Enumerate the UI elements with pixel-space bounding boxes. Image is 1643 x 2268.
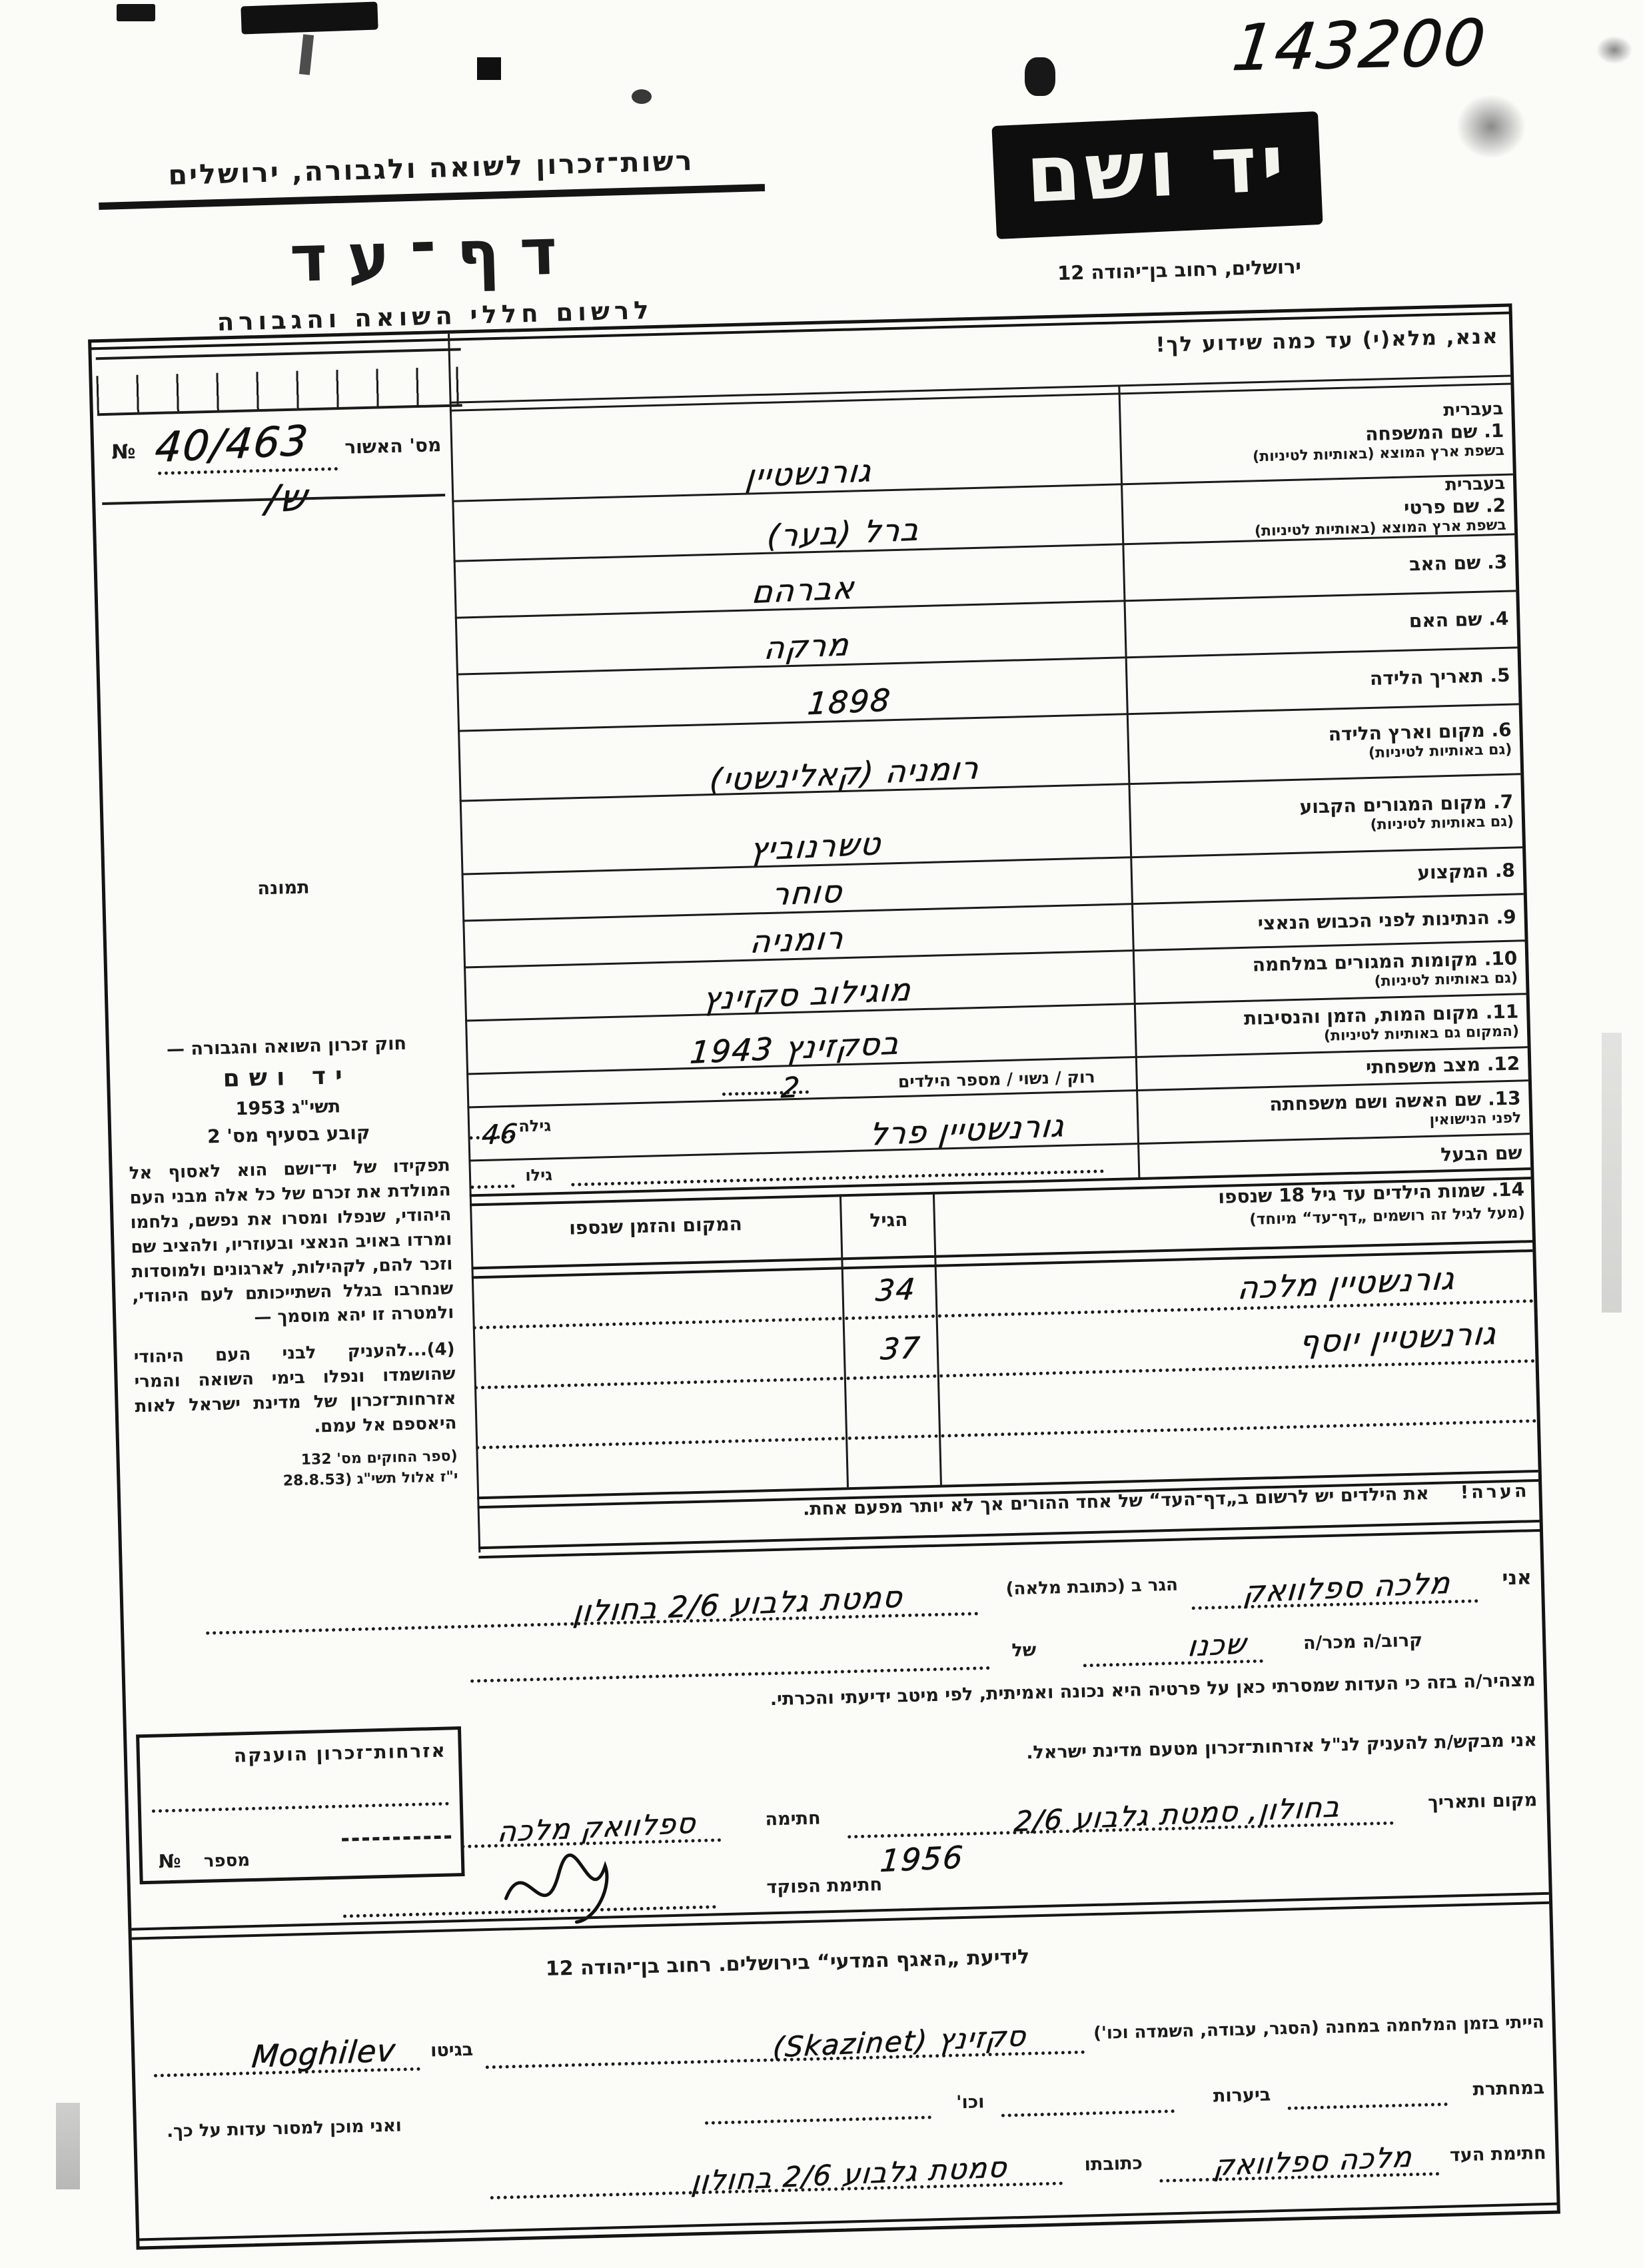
scan-artifact — [299, 34, 314, 75]
forests-line[interactable] — [1001, 2075, 1175, 2117]
field-label: מקום וארץ הלידה — [1328, 720, 1485, 746]
etc-line[interactable] — [704, 2081, 931, 2125]
father-name-value[interactable]: אברהם — [750, 569, 856, 610]
signature-label: חתימה — [765, 1808, 821, 1830]
yad-vashem-logo: יד ושם — [991, 111, 1323, 239]
archive-number-handwritten: 143200 — [1229, 5, 1490, 85]
signature-line[interactable]: ספלוואק מלכה — [460, 1792, 722, 1848]
law-year: תשי"ג 1953 — [127, 1093, 449, 1122]
citizenship-box-title: אזרחות־זכרון הוענקה — [234, 1740, 447, 1767]
underground-line[interactable] — [1287, 2068, 1447, 2110]
scan-artifact — [1596, 36, 1632, 64]
wife-age-label: גילה — [518, 1116, 551, 1135]
relation-line[interactable]: שכנו — [1082, 1621, 1263, 1668]
field-number: 11. — [1485, 1000, 1518, 1023]
serial-value-handwritten: 40/463 — [153, 416, 310, 472]
clerk-signature-scribble — [495, 1849, 630, 1926]
citizenship-number-label: מספר — [204, 1850, 251, 1872]
residing-label: הגר ב (כתובת מלאה) — [1005, 1575, 1178, 1600]
law-title: חוק זכרון השואה והגבורה — — [126, 1032, 448, 1061]
witness-signature-label: חתימת העד — [1450, 2143, 1546, 2166]
relation-label: קרוב/ה מכר/ה — [1303, 1630, 1423, 1654]
field-label: תאריך הלידה — [1370, 665, 1484, 690]
field-label: המקצוע — [1417, 859, 1488, 883]
citizenship-no-sign: № — [158, 1850, 181, 1873]
camp-value: סקזינץ (Skazinet) — [772, 2019, 1028, 2064]
child-name-1[interactable]: גורנשטיין מלכה — [1237, 1260, 1457, 1306]
left-column: מס' האשור № 40/463 ש/ תמונה חוק זכרון הש… — [91, 334, 496, 2247]
statement-2: אני מבקש/ת להעניק לנ"ל אזרחות־זכרון מטעם… — [1026, 1730, 1537, 1763]
age-column-divider-left — [839, 1194, 849, 1487]
camp-line[interactable]: סקזינץ (Skazinet) — [484, 2002, 1085, 2069]
field-number: 9. — [1496, 905, 1516, 928]
child-age-2[interactable]: 37 — [879, 1331, 922, 1367]
ghetto-line[interactable]: Moghilev — [153, 2019, 420, 2077]
law-ref-2: י"ז אלול תשי"ג (28.8.53 — [282, 1468, 458, 1490]
heavy-rule — [478, 1520, 1540, 1558]
note-label: הערה! — [1460, 1480, 1529, 1503]
witness-signature-value: מלכה ספלוואק — [1213, 2140, 1414, 2182]
law-text-block: חוק זכרון השואה והגבורה — יד ושם תשי"ג 1… — [126, 1032, 458, 1496]
declarant-name-value: מלכה ספלוואק — [1242, 1566, 1452, 1610]
first-name-value[interactable]: ברל (בער) — [766, 511, 921, 554]
clerk-signature-label: חתימת הפוקד — [766, 1874, 882, 1898]
relation-value: שכנו — [1186, 1627, 1248, 1662]
scan-artifact — [632, 89, 652, 104]
serial-no-sign: № — [111, 440, 136, 464]
scan-artifact — [56, 2103, 80, 2189]
field-number: 8. — [1494, 859, 1515, 881]
field-number: 2. — [1485, 494, 1506, 517]
law-paragraph-1: תפקידו של יד־ושם הוא לאסוף אל המולדת את … — [129, 1153, 454, 1333]
of-label: של — [1011, 1640, 1037, 1661]
field-number: 4. — [1488, 608, 1509, 630]
wife-age-value[interactable]: 46 — [480, 1118, 520, 1151]
profession-value[interactable]: סוחר — [770, 873, 844, 912]
statement-1: מצהיר/ה בזה כי העדות שמסרתי כאן על פרטיה… — [770, 1670, 1536, 1710]
law-title-logo: יד ושם — [127, 1059, 448, 1095]
underground-label: במחתרת — [1472, 2077, 1544, 2100]
ghetto-value: Moghilev — [250, 2032, 397, 2075]
scan-artifact — [477, 57, 501, 80]
serial-label: מס' האשור — [344, 434, 442, 458]
testimony-form: אנא, מלא(י) עד כמה שידוע לך! מס' האשור №… — [88, 303, 1560, 2249]
children-table-header: 14. שמות הילדים עד גיל 18 שנספו (מעל לגי… — [1143, 1178, 1525, 1231]
page-title: דף־עד — [99, 209, 768, 302]
scan-artifact — [1602, 1033, 1622, 1313]
citizenship-granted-box: אזרחות־זכרון הוענקה מספר № — [136, 1726, 465, 1884]
scanned-testimony-page: 143200 רשות־זכרון לשואה ולגבורה, ירושלים… — [0, 0, 1643, 2268]
residing-value: סמטת גלבוע 2/6 בחולון — [572, 1580, 905, 1629]
mother-name-value[interactable]: מרקה — [763, 626, 851, 666]
field-number: 6. — [1491, 719, 1512, 742]
witness-signature-line[interactable]: מלכה ספלוואק — [1159, 2125, 1440, 2183]
residence-value[interactable]: טשרנוביץ — [748, 826, 883, 867]
law-section: קובע בסעיף מס' 2 — [128, 1119, 450, 1149]
field-number: 12. — [1486, 1052, 1520, 1075]
citizenship-number-line[interactable] — [342, 1835, 451, 1841]
law-reference: (ספר החוקים מס' 132 י"ז אלול תשי"ג (28.8… — [136, 1446, 458, 1496]
field-label: שם פרטי — [1404, 495, 1480, 519]
law-paragraph-2: ‏(4)...להעניק לבני העם היהודי שהושמדו ונ… — [133, 1337, 457, 1444]
of-line[interactable] — [470, 1628, 990, 1683]
husband-age-line[interactable] — [470, 1185, 514, 1189]
declarant-label: אני — [1502, 1566, 1532, 1590]
field-label: שם האם — [1408, 608, 1482, 632]
declarant-name-line[interactable]: מלכה ספלוואק — [1191, 1552, 1478, 1610]
year-value[interactable]: 1956 — [878, 1839, 965, 1879]
marital-options[interactable]: רוק / נשוי / מספר הילדים — [898, 1067, 1095, 1091]
citizenship-fill-line[interactable] — [152, 1802, 449, 1813]
number-strip — [96, 348, 462, 416]
children-row-line[interactable] — [476, 1419, 1537, 1449]
field-number: 10. — [1484, 947, 1517, 969]
organization-line: רשות־זכרון לשואה ולגבורה, ירושלים — [97, 143, 764, 193]
field-number: 7. — [1493, 790, 1514, 813]
field-number: 5. — [1490, 664, 1510, 687]
child-age-1[interactable]: 34 — [874, 1272, 917, 1308]
camp-label: הייתי בזמן המלחמה במחנה (הסגר, עבודה, הש… — [1093, 2012, 1544, 2043]
field-number: 1. — [1484, 419, 1504, 442]
field-label: מצב משפחתי — [1366, 1053, 1481, 1077]
birth-date-value[interactable]: 1898 — [806, 682, 892, 722]
field-number: 13. — [1488, 1087, 1521, 1109]
scan-artifact — [1025, 57, 1055, 96]
place-date-value: בחולון, סמטת גלבוע 2/6 — [1013, 1790, 1342, 1838]
forests-label: ביערות — [1213, 2084, 1271, 2106]
place-date-label: מקום ותאריך — [1428, 1790, 1538, 1813]
scan-artifact — [1456, 95, 1526, 159]
signature-value: ספלוואק מלכה — [496, 1806, 698, 1848]
citizenship-value[interactable]: רומניה — [748, 919, 845, 960]
age-column-header: הגיל — [841, 1208, 935, 1233]
field-label: שם האב — [1409, 552, 1481, 576]
field-label: שם המשפחה — [1365, 420, 1478, 444]
form-header: רשות־זכרון לשואה ולגבורה, ירושלים דף־עד … — [97, 143, 768, 340]
etc-label: וכו' — [956, 2091, 985, 2113]
child-name-2[interactable]: גורנשטיין יוסף — [1297, 1315, 1498, 1360]
scan-artifact — [117, 4, 155, 21]
fill-in-instruction: אנא, מלא(י) עד כמה שידוע לך! — [1155, 324, 1499, 357]
witness-address-line[interactable]: סמטת גלבוע 2/6 בחולון — [489, 2135, 1063, 2199]
field-label: הנתינות לפני הכבוש הנאצי — [1257, 906, 1490, 934]
children-row-line[interactable] — [474, 1359, 1536, 1389]
witness-address-value: סמטת גלבוע 2/6 בחולון — [690, 2150, 1009, 2197]
husband-age-label: גילו — [525, 1165, 552, 1185]
ghetto-label: בגיטו — [430, 2039, 474, 2061]
law-ref-1: (ספר החוקים מס' 132 — [300, 1448, 458, 1468]
family-name-value[interactable]: גורנשטיין — [744, 452, 873, 494]
age-column-divider-right — [933, 1192, 942, 1485]
org-address: ירושלים, רחוב בן־יהודה 12 — [1013, 254, 1347, 286]
photo-label: תמונה — [105, 873, 462, 903]
place-date-line[interactable]: בחולון, סמטת גלבוע 2/6 — [846, 1775, 1394, 1839]
witness-address-label: כתובתו — [1084, 2153, 1143, 2175]
field-number: 3. — [1487, 551, 1508, 574]
scan-artifact — [241, 1, 378, 34]
place-column-header: המקום והזמן שנספו — [512, 1211, 800, 1241]
